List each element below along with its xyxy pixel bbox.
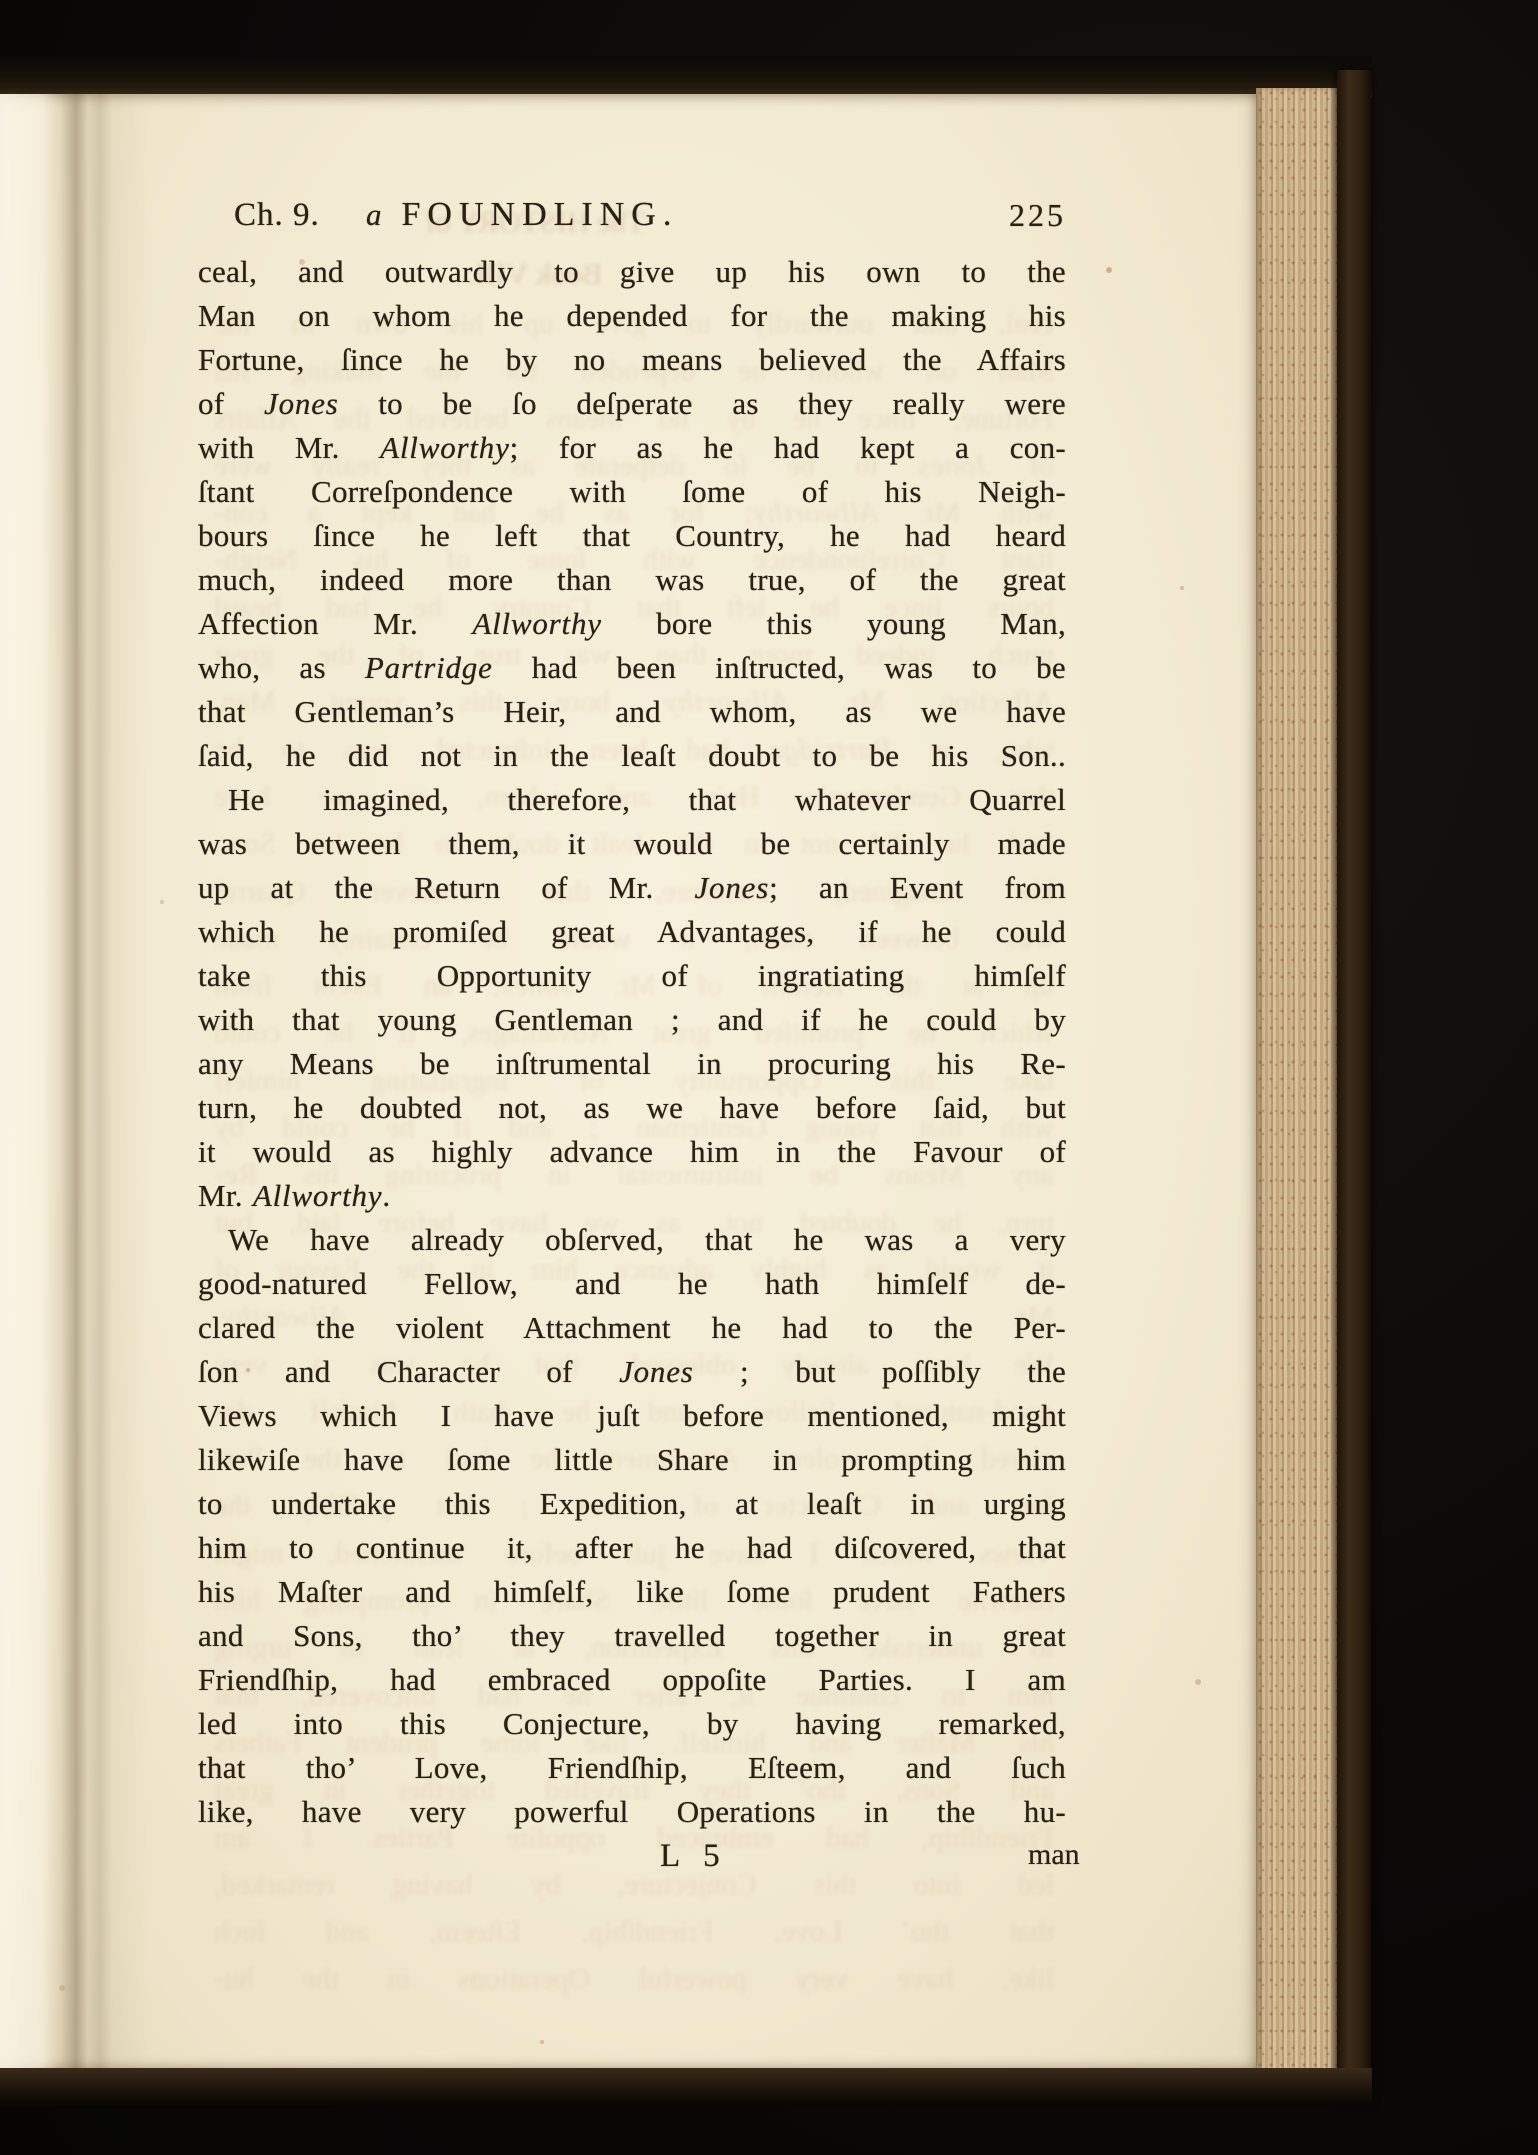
italic-proper-name: Jones <box>619 1354 694 1389</box>
text-segment: ; for as he had kept a con- <box>510 430 1066 465</box>
text-line: Mr. Allworthy. <box>198 1174 1066 1218</box>
text-line: it would as highly advance him in the Fa… <box>198 1130 1066 1174</box>
text-line: that Gentleman’s Heir, and whom, as we h… <box>198 690 1066 734</box>
text-line: Man on whom he depended for the making h… <box>198 294 1066 338</box>
text-line: clared the violent Attachment he had to … <box>198 1306 1066 1350</box>
text-segment: was between them, it would be certainly … <box>198 826 1066 861</box>
text-segment: good-natured Fellow, and he hath himſelf… <box>198 1266 1066 1301</box>
text-line: that tho’ Love, Friendſhip, Eſteem, and … <box>198 1746 1066 1790</box>
text-segment: take this Opportunity of ingratiating hi… <box>198 958 1066 993</box>
text-line: ſon and Character of Jones ; but poſſibl… <box>198 1350 1066 1394</box>
text-segment: him to continue it, after he had diſcove… <box>198 1530 1066 1565</box>
text-segment: Mr. <box>198 1178 253 1213</box>
text-segment: with Mr. <box>198 430 380 465</box>
text-segment: clared the violent Attachment he had to … <box>198 1310 1066 1345</box>
text-line: good-natured Fellow, and he hath himſelf… <box>198 1262 1066 1306</box>
text-line: with Mr. Allworthy; for as he had kept a… <box>198 426 1066 470</box>
text-segment: . <box>382 1178 390 1213</box>
text-segment: turn, he doubted not, as we have before … <box>198 1090 1066 1125</box>
text-segment: which he promiſed great Advantages, if h… <box>198 914 1066 949</box>
book-fore-edge <box>1256 88 1338 2076</box>
text-segment: ; an Event from <box>769 870 1066 905</box>
signature-mark: L 5 <box>660 1838 720 1875</box>
text-segment: up at the Return of Mr. <box>198 870 694 905</box>
text-segment: like, have very powerful Operations in t… <box>198 1794 1066 1829</box>
text-line: Fortune, ſince he by no means believed t… <box>198 338 1066 382</box>
text-segment: with that young Gentleman ; and if he co… <box>198 1002 1066 1037</box>
text-segment: ; but poſſibly the <box>694 1354 1066 1389</box>
text-segment: ſaid, he did not in the leaſt doubt to b… <box>198 738 1066 773</box>
text-segment: ſtant Correſpondence with ſome of his Ne… <box>198 474 1066 509</box>
text-segment: Friendſhip, had embraced oppoſite Partie… <box>198 1662 1066 1697</box>
text-segment: ceal, and outwardly to give up his own t… <box>198 254 1066 289</box>
text-segment: that tho’ Love, Friendſhip, Eſteem, and … <box>198 1750 1066 1785</box>
text-segment: bours ſince he left that Country, he had… <box>198 518 1066 553</box>
book-cover-bottom-edge <box>0 2068 1372 2106</box>
italic-proper-name: Allworthy <box>472 606 601 641</box>
text-line: his Maſter and himſelf, like ſome pruden… <box>198 1570 1066 1614</box>
text-segment: He imagined, therefore, that whatever Qu… <box>228 782 1066 817</box>
text-line: He imagined, therefore, that whatever Qu… <box>198 778 1066 822</box>
page-gutter-crease <box>0 94 170 2069</box>
page-title: aFOUNDLING. <box>366 196 678 234</box>
text-segment: and Sons, tho’ they travelled together i… <box>198 1618 1066 1653</box>
text-line: which he promiſed great Advantages, if h… <box>198 910 1066 954</box>
text-segment: his Maſter and himſelf, like ſome pruden… <box>198 1574 1066 1609</box>
text-segment: who, as <box>198 650 365 685</box>
text-line: Views which I have juſt before mentioned… <box>198 1394 1066 1438</box>
chapter-label: Ch. 9. <box>234 197 320 234</box>
text-segment: it would as highly advance him in the Fa… <box>198 1134 1066 1169</box>
text-line: Affection Mr. Allworthy bore this young … <box>198 602 1066 646</box>
signature-row: L 5 man <box>198 1838 1098 1882</box>
text-segment: led into this Conjecture, by having rema… <box>198 1706 1066 1741</box>
catchword: man <box>1028 1838 1080 1872</box>
text-line: ſtant Correſpondence with ſome of his Ne… <box>198 470 1066 514</box>
text-line: Friendſhip, had embraced oppoſite Partie… <box>198 1658 1066 1702</box>
text-segment: much, indeed more than was true, of the … <box>198 562 1066 597</box>
title-caps: FOUNDLING. <box>402 196 679 233</box>
text-line: turn, he doubted not, as we have before … <box>198 1086 1066 1130</box>
text-line: to undertake this Expedition, at leaſt i… <box>198 1482 1066 1526</box>
text-segment: Affection Mr. <box>198 606 472 641</box>
text-line: with that young Gentleman ; and if he co… <box>198 998 1066 1042</box>
text-segment: ſon and Character of <box>198 1354 619 1389</box>
text-line: ceal, and outwardly to give up his own t… <box>198 250 1066 294</box>
text-segment: Man on whom he depended for the making h… <box>198 298 1066 333</box>
text-segment: had been inſtructed, was to be <box>493 650 1066 685</box>
text-line: like, have very powerful Operations in t… <box>198 1790 1066 1834</box>
text-segment: Fortune, ſince he by no means believed t… <box>198 342 1066 377</box>
text-segment: any Means be inſtrumental in procuring h… <box>198 1046 1066 1081</box>
text-line: led into this Conjecture, by having rema… <box>198 1702 1066 1746</box>
text-segment: bore this young Man, <box>602 606 1066 641</box>
book-scan-photo: { "page": { "header": { "chapter": "Ch. … <box>0 0 1538 2155</box>
book-cover-right-edge <box>1337 70 1371 2100</box>
text-line: likewiſe have ſome little Share in promp… <box>198 1438 1066 1482</box>
text-line: him to continue it, after he had diſcove… <box>198 1526 1066 1570</box>
text-segment: to be ſo deſperate as they really were <box>339 386 1066 421</box>
text-line: up at the Return of Mr. Jones; an Event … <box>198 866 1066 910</box>
italic-proper-name: Jones <box>264 386 339 421</box>
text-segment: to undertake this Expedition, at leaſt i… <box>198 1486 1066 1521</box>
running-header: Ch. 9. aFOUNDLING. 225 <box>198 190 1068 236</box>
text-line: of Jones to be ſo deſperate as they real… <box>198 382 1066 426</box>
text-segment: that Gentleman’s Heir, and whom, as we h… <box>198 694 1066 729</box>
italic-proper-name: Allworthy <box>380 430 509 465</box>
text-line: any Means be inſtrumental in procuring h… <box>198 1042 1066 1086</box>
text-line: was between them, it would be certainly … <box>198 822 1066 866</box>
text-segment: We have already obſerved, that he was a … <box>228 1222 1066 1257</box>
book-cover-top-edge <box>0 56 1372 98</box>
text-line: take this Opportunity of ingratiating hi… <box>198 954 1066 998</box>
text-segment: of <box>198 386 264 421</box>
title-article: a <box>366 197 384 232</box>
foxing-specks <box>0 0 4 4</box>
body-text: ceal, and outwardly to give up his own t… <box>198 250 1066 1834</box>
text-line: who, as Partridge had been inſtructed, w… <box>198 646 1066 690</box>
text-line: and Sons, tho’ they travelled together i… <box>198 1614 1066 1658</box>
italic-proper-name: Allworthy <box>253 1178 382 1213</box>
page-number: 225 <box>1009 197 1066 234</box>
text-segment: Views which I have juſt before mentioned… <box>198 1398 1066 1433</box>
text-line: bours ſince he left that Country, he had… <box>198 514 1066 558</box>
text-line: much, indeed more than was true, of the … <box>198 558 1066 602</box>
text-line: ſaid, he did not in the leaſt doubt to b… <box>198 734 1066 778</box>
italic-proper-name: Jones <box>694 870 769 905</box>
italic-proper-name: Partridge <box>365 650 493 685</box>
text-line: We have already obſerved, that he was a … <box>198 1218 1066 1262</box>
text-segment: likewiſe have ſome little Share in promp… <box>198 1442 1066 1477</box>
